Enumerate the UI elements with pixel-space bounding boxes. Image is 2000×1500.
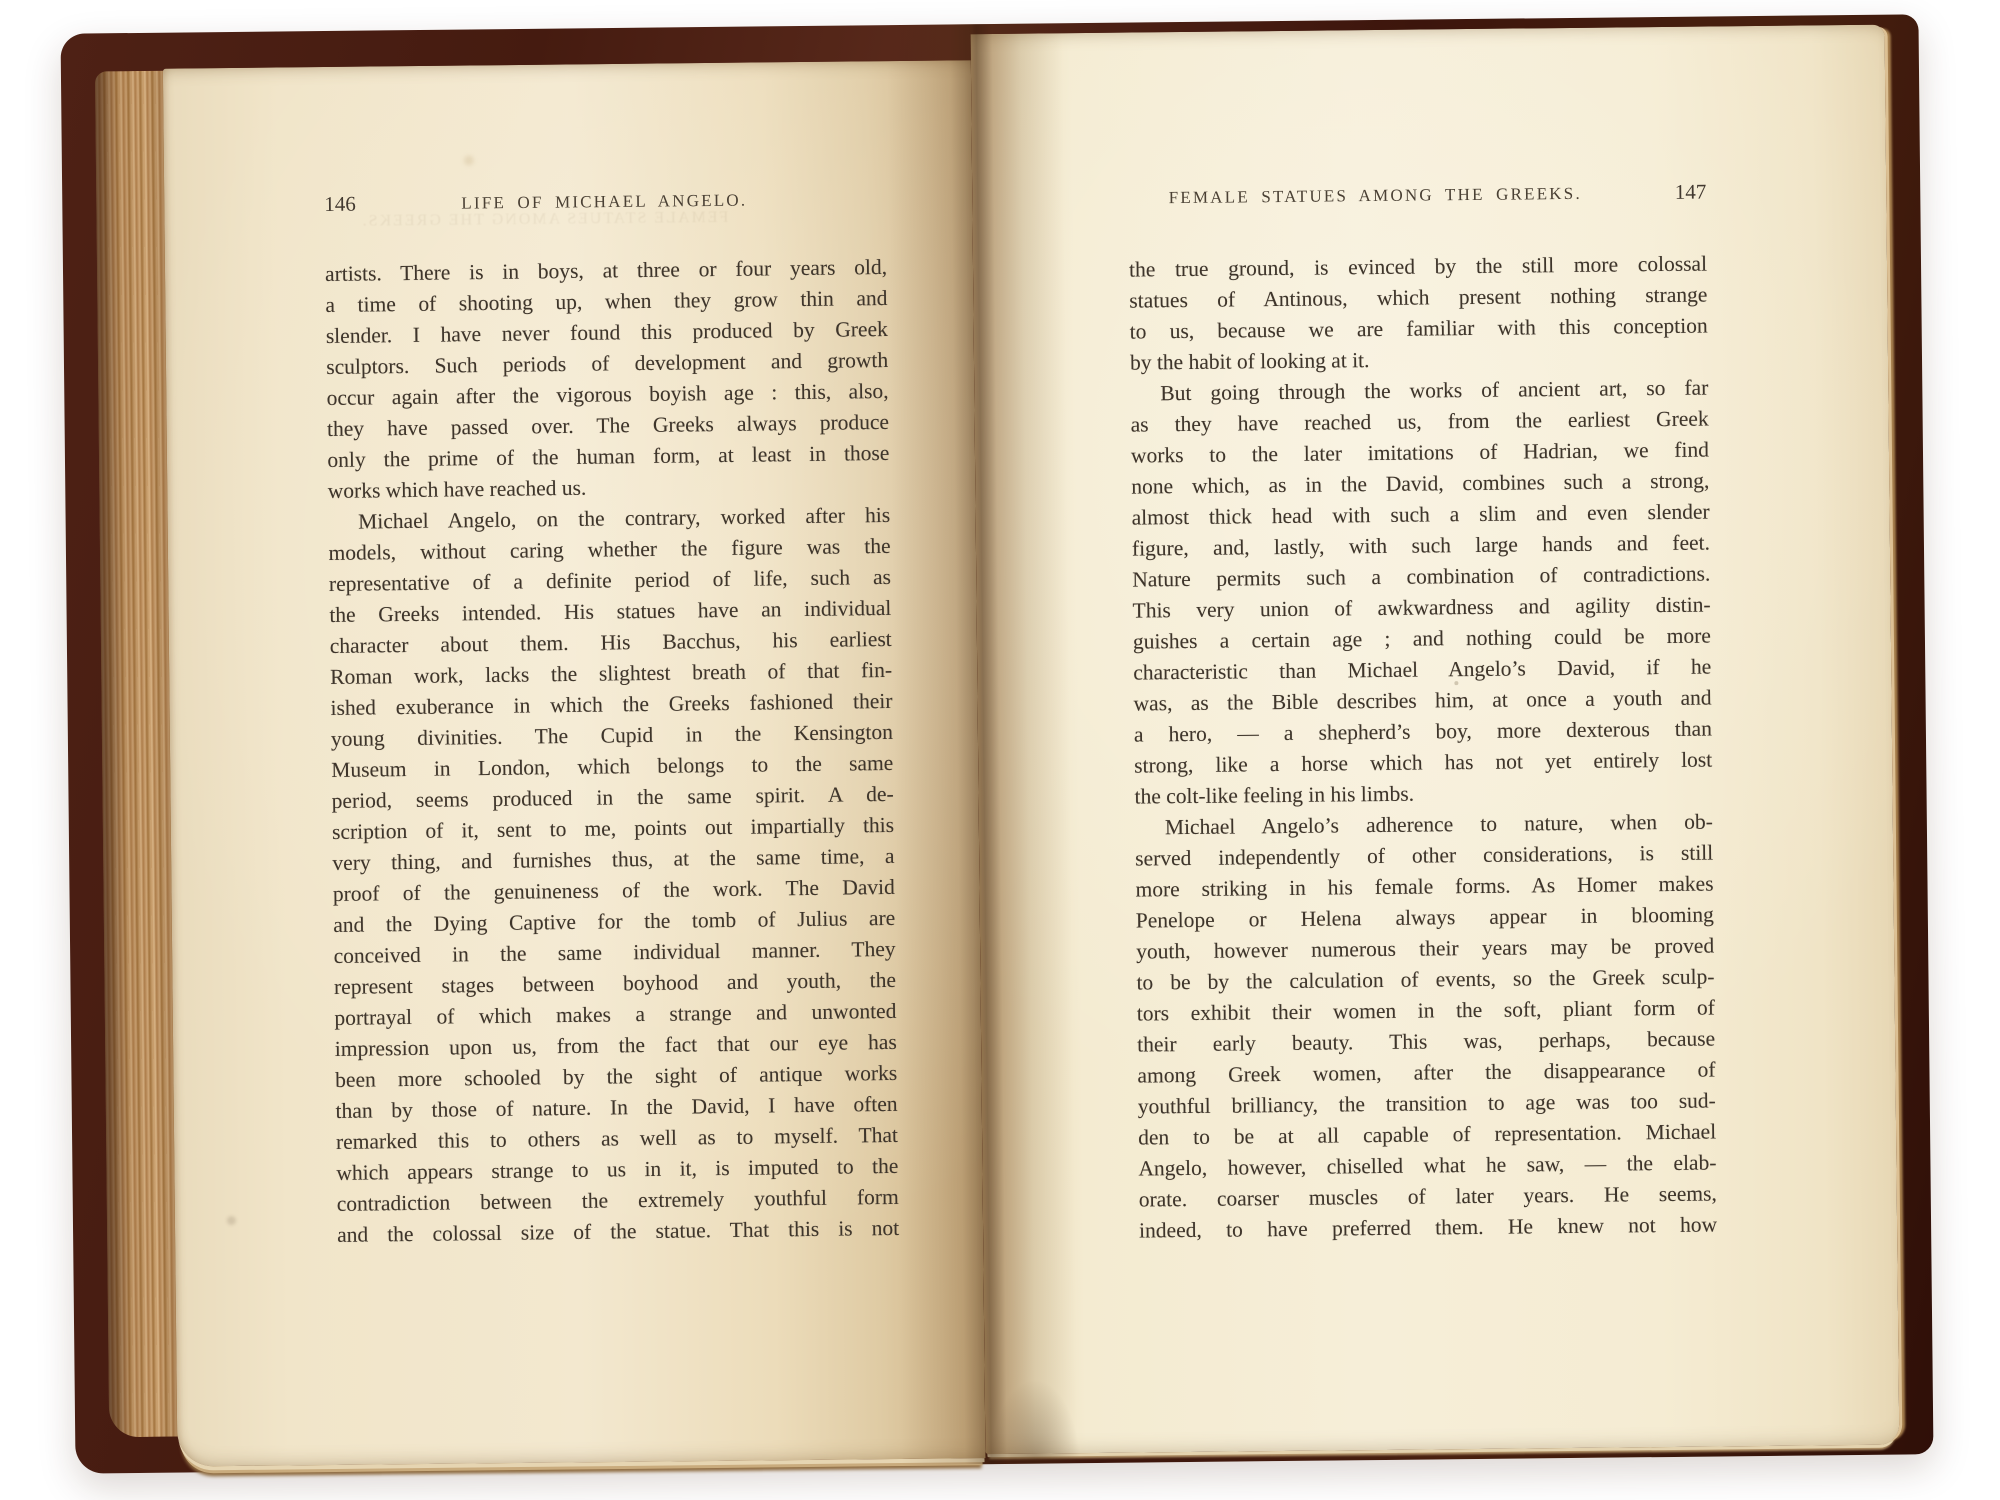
text-line: to us, because we are familiar with this…	[1130, 311, 1708, 348]
page-number-left: 146	[324, 192, 356, 217]
text-line: indeed, to have preferred them. He knew …	[1139, 1209, 1717, 1246]
page-number-right: 147	[1675, 180, 1707, 205]
page-speck	[464, 155, 474, 165]
right-page-header: FEMALE STATUES AMONG THE GREEKS. 147	[1128, 183, 1706, 219]
right-page-text: the true ground, is evinced by the still…	[1129, 249, 1717, 1247]
right-page: FEMALE STATUES AMONG THE GREEKS. 147 the…	[971, 25, 1900, 1454]
text-line: strong, like a horse which has not yet e…	[1134, 745, 1712, 782]
running-title-left: LIFE OF MICHAEL ANGELO.	[324, 189, 884, 215]
open-book: FEMALE STATUES AMONG THE GREEKS. 146 LIF…	[61, 14, 1934, 1473]
running-title-right: FEMALE STATUES AMONG THE GREEKS.	[1086, 183, 1664, 209]
left-page-header: 146 LIFE OF MICHAEL ANGELO.	[324, 189, 884, 225]
text-line: and the colossal size of the statue. Tha…	[337, 1213, 899, 1251]
left-page: FEMALE STATUES AMONG THE GREEKS. 146 LIF…	[163, 60, 986, 1466]
page-speck	[227, 1216, 236, 1225]
left-page-text: artists. There is in boys, at three or f…	[325, 252, 899, 1251]
photo-background: FEMALE STATUES AMONG THE GREEKS. 146 LIF…	[0, 0, 2000, 1500]
